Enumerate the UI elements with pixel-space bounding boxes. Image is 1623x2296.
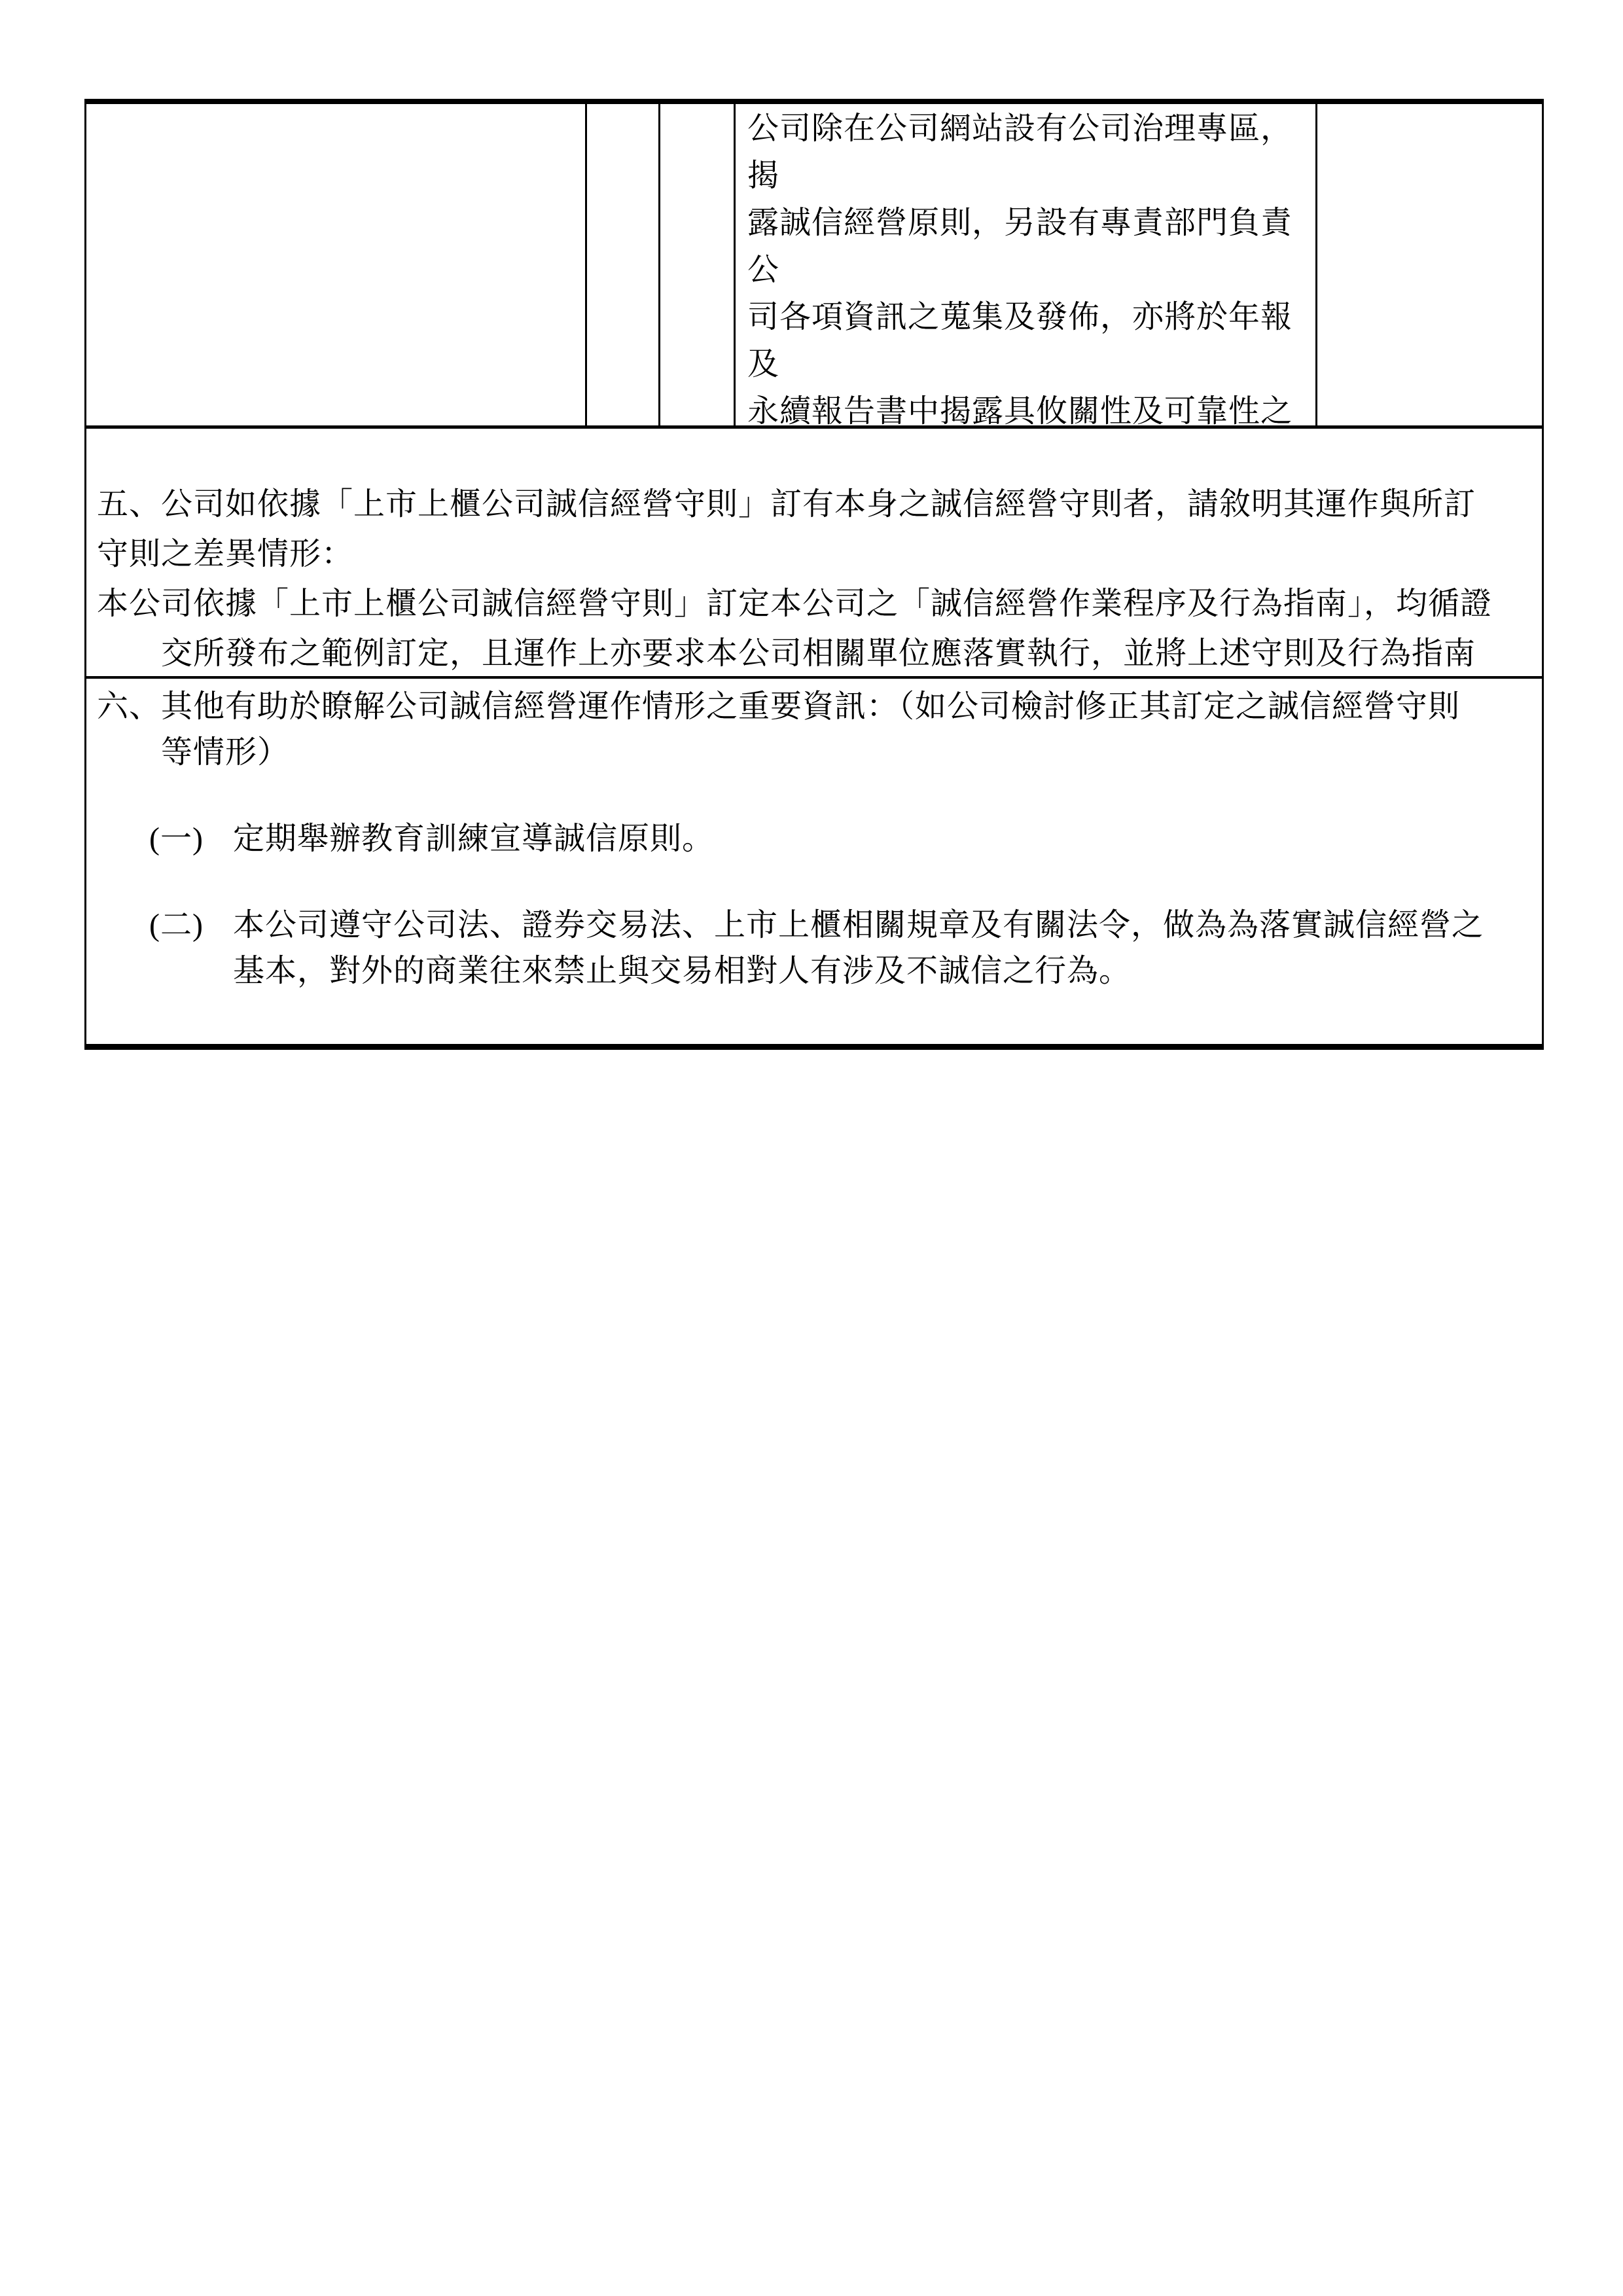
integrity-report-table: 公司除在公司網站設有公司治理專區，揭 露誠信經營原則，另設有專責部門負責公 司各… [84, 99, 1544, 1050]
list-item-marker: (一) [149, 816, 233, 862]
list-item-text: 本公司遵守公司法、證券交易法、上市上櫃相關規章及有關法令，做為為落實誠信經營之 … [233, 903, 1533, 994]
cell-empty-right [1317, 104, 1542, 425]
section-five-box: 五、公司如依據「上市上櫃公司誠信經營守則」訂有本身之誠信經營守則者，請敘明其運作… [86, 429, 1542, 679]
section-five-text: 五、公司如依據「上市上櫃公司誠信經營守則」訂有本身之誠信經營守則者，請敘明其運作… [97, 480, 1533, 679]
cell-disclosure-text: 公司除在公司網站設有公司治理專區，揭 露誠信經營原則，另設有專責部門負責公 司各… [736, 104, 1317, 425]
list-item-text: 定期舉辦教育訓練宣導誠信原則。 [233, 816, 1533, 862]
cell-narrow-2 [660, 104, 736, 425]
table-row: 公司除在公司網站設有公司治理專區，揭 露誠信經營原則，另設有專責部門負責公 司各… [86, 104, 1542, 429]
section-six-box: 六、其他有助於瞭解公司誠信經營運作情形之重要資訊：（如公司檢討修正其訂定之誠信經… [86, 679, 1542, 1050]
cell-empty-left [86, 104, 587, 425]
section-six-heading: 六、其他有助於瞭解公司誠信經營運作情形之重要資訊：（如公司檢討修正其訂定之誠信經… [97, 684, 1533, 776]
list-item-marker: (二) [149, 903, 233, 994]
document-page: 公司除在公司網站設有公司治理專區，揭 露誠信經營原則，另設有專責部門負責公 司各… [0, 0, 1623, 2296]
list-item: (二) 本公司遵守公司法、證券交易法、上市上櫃相關規章及有關法令，做為為落實誠信… [97, 903, 1533, 994]
cell-narrow-1 [587, 104, 660, 425]
list-item: (一) 定期舉辦教育訓練宣導誠信原則。 [97, 816, 1533, 862]
